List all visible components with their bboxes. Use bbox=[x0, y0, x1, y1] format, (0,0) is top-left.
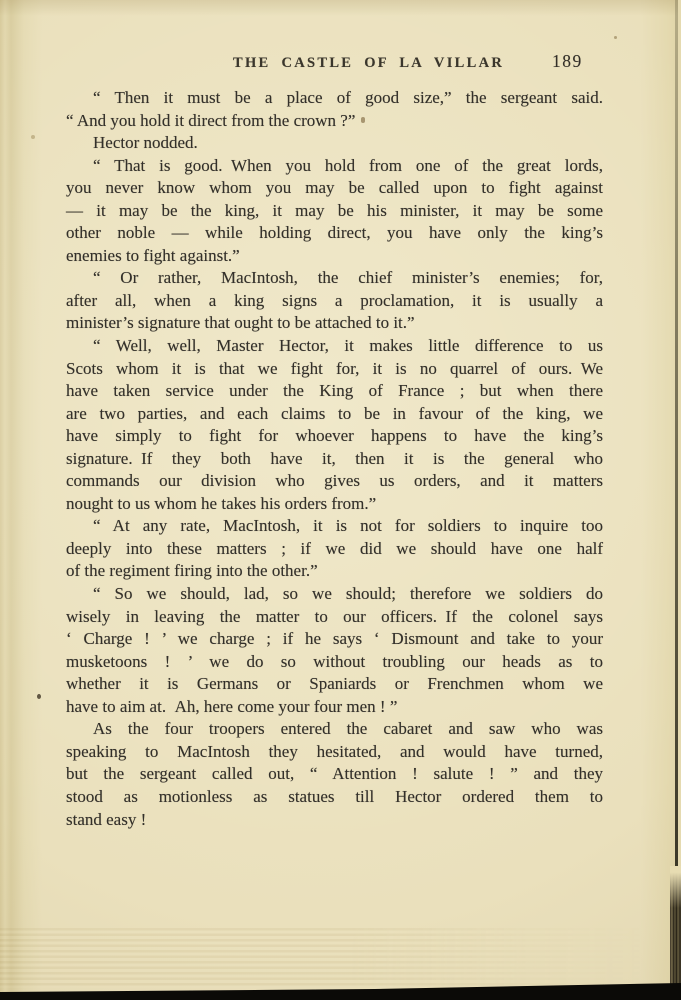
text-line: Hector nodded. bbox=[66, 132, 603, 155]
text-line: have taken service under the King of Fra… bbox=[66, 380, 603, 403]
text-line: wisely in leaving the matter to our offi… bbox=[66, 606, 603, 629]
text-line: “ And you hold it direct from the crown … bbox=[66, 110, 603, 133]
paper-speck bbox=[31, 135, 35, 139]
text-line: “ So we should, lad, so we should; there… bbox=[66, 583, 603, 606]
text-line: have to aim at. Ah, here come your four … bbox=[66, 696, 603, 719]
text-line: stood as motionless as statues till Hect… bbox=[66, 786, 603, 809]
text-line: stand easy ! bbox=[66, 809, 603, 832]
text-line: — it may be the king, it may be his mini… bbox=[66, 200, 603, 223]
page-top-shadow bbox=[0, 0, 681, 16]
text-line: “ That is good. When you hold from one o… bbox=[66, 155, 603, 178]
text-line: Scots whom it is that we fight for, it i… bbox=[66, 358, 603, 381]
book-page-scan: THE CASTLE OF LA VILLAR 189 “ Then it mu… bbox=[0, 0, 681, 1000]
text-line: are two parties, and each claims to be i… bbox=[66, 403, 603, 426]
text-line: signature. If they both have it, then it… bbox=[66, 448, 603, 471]
text-line: deeply into these matters ; if we did we… bbox=[66, 538, 603, 561]
right-page-edge-sliver bbox=[678, 0, 681, 1000]
text-line: but the sergeant called out, “ Attention… bbox=[66, 763, 603, 786]
bottom-page-edges bbox=[0, 928, 671, 988]
text-line: after all, when a king signs a proclamat… bbox=[66, 290, 603, 313]
text-line: speaking to MacIntosh they hesitated, an… bbox=[66, 741, 603, 764]
text-line: have simply to fight for whoever happens… bbox=[66, 425, 603, 448]
running-header-title: THE CASTLE OF LA VILLAR bbox=[233, 55, 504, 72]
text-line: enemies to fight against.” bbox=[66, 245, 603, 268]
paper-speck bbox=[361, 117, 365, 123]
text-line: As the four troopers entered the cabaret… bbox=[66, 718, 603, 741]
page-number: 189 bbox=[552, 51, 583, 72]
text-line: commands our division who gives us order… bbox=[66, 470, 603, 493]
text-line: whether it is Germans or Spaniards or Fr… bbox=[66, 673, 603, 696]
text-line: other noble — while holding direct, you … bbox=[66, 222, 603, 245]
text-block: “ Then it must be a place of good size,”… bbox=[66, 87, 603, 831]
text-line: “ Or rather, MacIntosh, the chief minist… bbox=[66, 267, 603, 290]
text-line: “ At any rate, MacIntosh, it is not for … bbox=[66, 515, 603, 538]
text-line: minister’s signature that ought to be at… bbox=[66, 312, 603, 335]
paper-speck bbox=[614, 36, 617, 39]
text-line: nought to us whom he takes his orders fr… bbox=[66, 493, 603, 516]
paper-speck bbox=[37, 694, 41, 699]
right-page-edge-line bbox=[675, 0, 678, 1000]
text-line: musketoons ! ’ we do so without troublin… bbox=[66, 651, 603, 674]
bottom-right-page-stack-fade bbox=[670, 866, 681, 908]
text-line: “ Then it must be a place of good size,”… bbox=[66, 87, 603, 110]
text-line: you never know whom you may be called up… bbox=[66, 177, 603, 200]
text-line: “ Well, well, Master Hector, it makes li… bbox=[66, 335, 603, 358]
text-line: ‘ Charge ! ’ we charge ; if he says ‘ Di… bbox=[66, 628, 603, 651]
text-line: of the regiment firing into the other.” bbox=[66, 560, 603, 583]
